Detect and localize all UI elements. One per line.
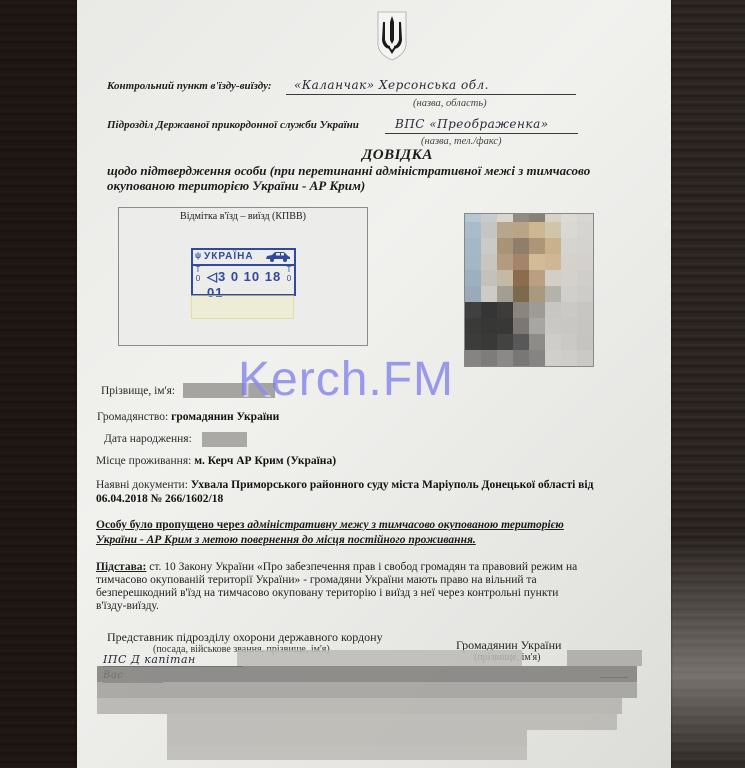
entry-exit-stamp: УКРАЇНА ψ Т 0 Т 0 ◁3 0 10 18 01 [191, 248, 296, 296]
basis-line2: тимчасово окупованій території України» … [96, 574, 636, 587]
basis-line3: безперешкодний в'їзд на тимчасово окупов… [96, 587, 636, 600]
residence-value: м. Керч АР Крим (Україна) [194, 455, 336, 467]
watermark: Kerch.FM [238, 352, 454, 407]
birthdate-value-redacted [202, 432, 247, 447]
name-label: Прізвище, ім'я: [101, 385, 175, 397]
checkpoint-value: «Каланчак» Херсонська обл. [286, 78, 576, 95]
residence-field: Місце проживання: м. Керч АР Крим (Украї… [96, 455, 336, 467]
citizenship-field: Громадянство: громадянин України [97, 411, 279, 423]
citizenship-label: Громадянство: [97, 411, 168, 423]
border-unit-value: ВПС «Преображенка» [385, 117, 578, 134]
document-title: ДОВІДКА [362, 147, 433, 164]
stamp-caption: Відмітка в'їзд – виїзд (КПВВ) [119, 211, 367, 222]
residence-label: Місце проживання: [96, 455, 191, 467]
wooden-table-left [0, 0, 78, 768]
notice-line2-text: України - АР Крим з метою повернення до … [96, 534, 476, 546]
basis-line4: в'їзду-виїзду. [96, 600, 159, 613]
citizenship-value: громадянин України [171, 411, 279, 423]
documents-value-line1: Ухвала Приморського районного суду міста… [191, 479, 594, 491]
officer-label: Представник підрозділу охорони державног… [107, 630, 383, 645]
documents-label: Наявні документи: [96, 479, 188, 491]
checkpoint-hint: (назва, область) [413, 98, 487, 109]
basis-line1: Підстава: ст. 10 Закону України «Про заб… [96, 561, 636, 574]
checkpoint-label: Контрольний пункт в'їзду-виїзду: [107, 80, 272, 92]
basis-label: Підстава: [96, 561, 146, 573]
border-unit-hint: (назва, тел./факс) [421, 136, 502, 147]
name-field: Прізвище, ім'я: [101, 385, 175, 397]
documents-value-line2: 06.04.2018 № 266/1602/18 [96, 493, 223, 505]
border-unit-label: Підрозділ Державної прикордонної служби … [107, 119, 359, 131]
documents-field: Наявні документи: Ухвала Приморського ра… [96, 479, 646, 491]
stamp-country: УКРАЇНА [204, 251, 254, 262]
document-subtitle-line2: окупованою територією України - АР Крим) [107, 178, 365, 193]
wooden-table-right [670, 0, 745, 768]
trident-mini-icon: ψ [195, 251, 202, 260]
document-subtitle-line1: щодо підтвердження особи (при перетинанн… [107, 163, 590, 178]
faded-yellow-stamp [191, 295, 294, 319]
birthdate-field: Дата народження: [104, 433, 192, 445]
notice-line1: Особу було пропущено через адміністратив… [96, 518, 564, 532]
stamp-left-code: Т 0 [194, 265, 202, 283]
notice-line2: України - АР Крим з метою повернення до … [96, 533, 476, 547]
person-photo-pixelated [464, 213, 594, 367]
basis-text-line1: ст. 10 Закону України «Про забезпечення … [149, 561, 577, 573]
checkpoint-stamp-box: Відмітка в'їзд – виїзд (КПВВ) УКРАЇНА ψ … [118, 207, 368, 346]
documents-field-line2: 06.04.2018 № 266/1602/18 [96, 493, 223, 505]
car-icon [265, 251, 291, 262]
birthdate-label: Дата народження: [104, 433, 192, 445]
ukraine-trident-emblem-icon [375, 10, 409, 62]
notice-line1-a: Особу було пропущено через [96, 519, 245, 531]
notice-line1-b: адміністративну межу з тимчасово окупова… [247, 519, 563, 531]
redacted-signatures-area [97, 650, 637, 760]
